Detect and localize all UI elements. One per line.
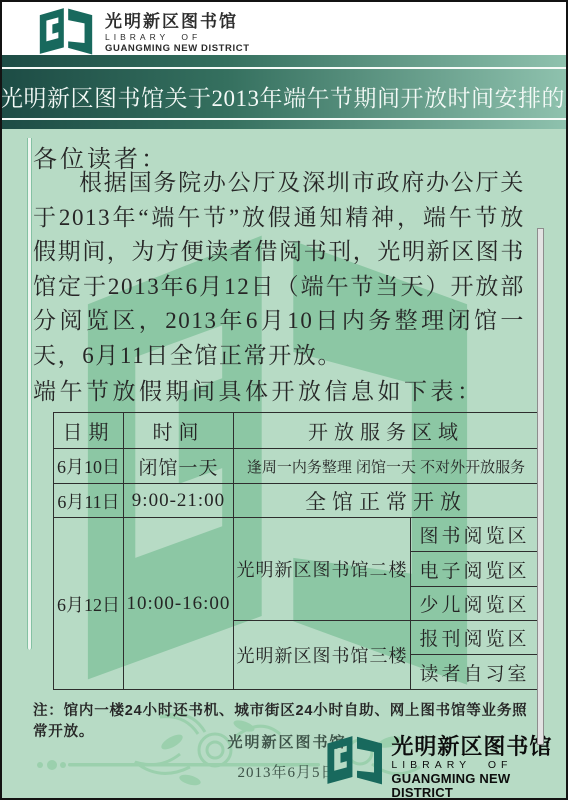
date-cell: 6月10日 [54,449,124,484]
banner-rule-top [0,67,568,69]
left-decorative-rule [27,138,32,650]
notice-page: 光明新区图书馆 LIBRARY OF GUANGMING NEW DISTRIC… [0,0,568,800]
notice-paragraph: 根据国务院办公厅及深圳市政府办公厅关于2013年“端午节”放假通知精神，端午节放… [33,166,525,373]
logo-text: 光明新区图书馆 LIBRARY OF GUANGMING NEW DISTRIC… [105,7,250,54]
sub-area-cell: 电子阅览区 [411,552,539,587]
title-banner: 光明新区图书馆关于2013年端午节期间开放时间安排的通知 [0,55,568,129]
time-cell: 10:00-16:00 [124,518,234,690]
logo-name-en1: LIBRARY OF [105,32,250,43]
banner-rule-bottom [0,118,568,120]
sub-area-cell: 报刊阅览区 [411,621,539,655]
gm-logo-icon [325,735,384,785]
logo-name-en2: GUANGMING NEW DISTRICT [105,43,250,54]
location-cell: 光明新区图书馆三楼 [234,621,411,690]
gm-logo-icon [36,7,96,55]
table-row: 6月10日 闭馆一天 逢周一内务整理 闭馆一天 不对外开放服务 [54,449,539,484]
area-cell: 全馆正常开放 [234,484,539,518]
area-cell: 逢周一内务整理 闭馆一天 不对外开放服务 [234,449,539,484]
sub-area-cell: 读者自习室 [411,655,539,690]
time-cell: 9:00-21:00 [124,484,234,518]
time-cell: 闭馆一天 [124,449,234,484]
location-cell: 光明新区图书馆二楼 [234,518,411,621]
sub-area-cell: 少儿阅览区 [411,587,539,621]
col-header-area: 开放服务区域 [234,413,539,449]
table-header-row: 日期 时间 开放服务区域 [54,413,539,449]
notice-body: 各位读者： 根据国务院办公厅及深圳市政府办公厅关于2013年“端午节”放假通知精… [0,129,568,800]
table-intro: 端午节放假期间具体开放信息如下表： [33,373,484,406]
opening-schedule-table: 日期 时间 开放服务区域 6月10日 闭馆一天 逢周一内务整理 闭馆一天 不对外… [53,412,539,690]
col-header-date: 日期 [54,413,124,449]
col-header-time: 时间 [124,413,234,449]
table-row: 6月12日 10:00-16:00 光明新区图书馆二楼 图书阅览区 [54,518,539,552]
sub-area-cell: 图书阅览区 [411,518,539,552]
notice-title: 光明新区图书馆关于2013年端午节期间开放时间安排的通知 [0,80,568,113]
logo-name-cn: 光明新区图书馆 [105,13,250,30]
date-cell: 6月12日 [54,518,124,690]
header: 光明新区图书馆 LIBRARY OF GUANGMING NEW DISTRIC… [0,0,568,55]
footer-library-logo: 光明新区图书馆 LIBRARY OF GUANGMING NEW DISTRIC… [325,735,568,800]
footer-logo-name-en2: GUANGMING NEW DISTRICT [391,772,568,800]
scrollbar-thumb[interactable] [537,228,544,745]
library-logo: 光明新区图书馆 LIBRARY OF GUANGMING NEW DISTRIC… [36,7,250,55]
date-cell: 6月11日 [54,484,124,518]
table-row: 6月11日 9:00-21:00 全馆正常开放 [54,484,539,518]
